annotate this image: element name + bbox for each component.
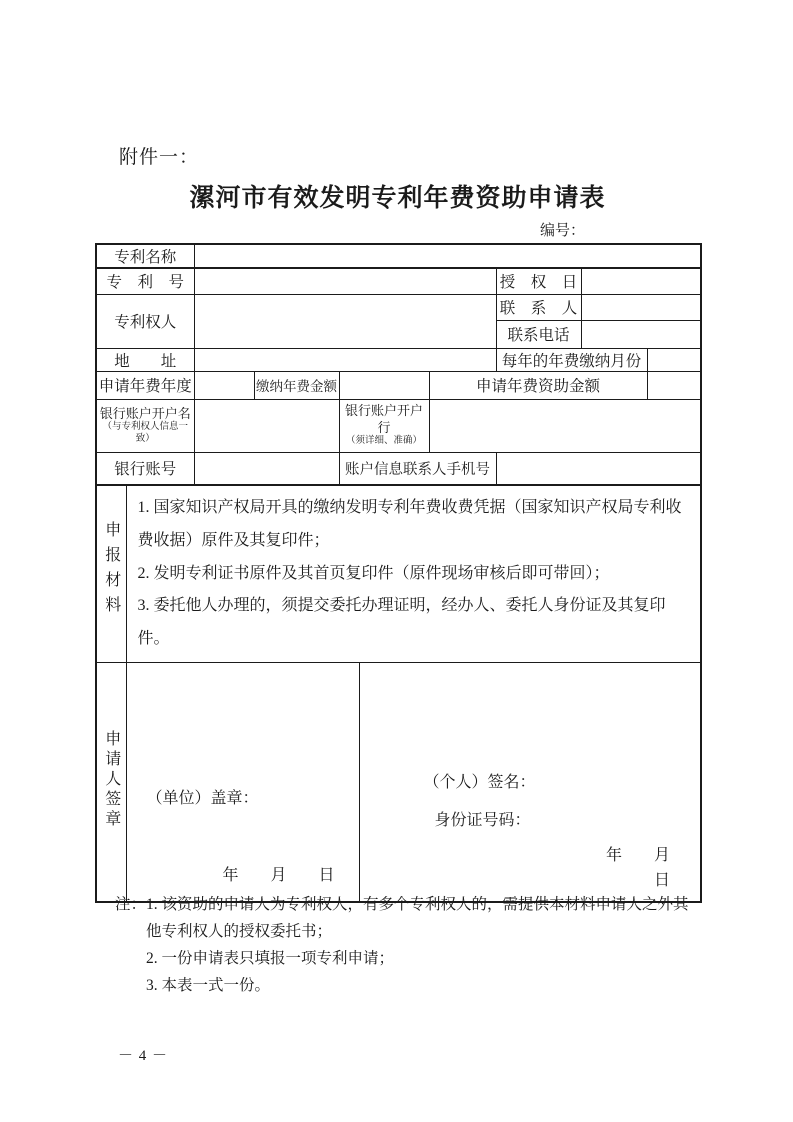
materials-content-cell: 1. 国家知识产权局开具的缴纳发明专利年费收费凭据（国家知识产权局专利收费收据）… <box>126 485 701 662</box>
materials-label: 申报材料 <box>100 521 123 621</box>
address-value-cell <box>194 348 496 371</box>
signature-label-cell: 申请人签章 <box>96 662 126 902</box>
bank-branch-main: 银行账户开户行 <box>340 403 429 436</box>
footnote-3: 3. 本表一式一份。 <box>146 972 699 999</box>
account-mobile-value-cell <box>496 452 701 485</box>
form-number-label: 编号： <box>540 219 585 240</box>
patent-name-label: 专利名称 <box>96 244 194 268</box>
personal-sign-date-d: 日 <box>654 867 670 890</box>
application-form-table: 专利名称 专 利 号 授 权 日 专利权人 联 系 人 联系电话 地 址 每年的… <box>95 243 702 903</box>
footnotes-list: 1. 该资助的申请人为专利权人，有多个专利权人的，需提供本材料申请人之外其他专利… <box>146 891 699 1000</box>
grant-date-label: 授 权 日 <box>496 268 581 294</box>
grant-date-value-cell <box>581 268 701 294</box>
materials-item-2: 2. 发明专利证书原件及其首页复印件（原件现场审核后即可带回）； <box>138 558 687 591</box>
document-page: 附件一： 漯河市有效发明专利年费资助申请表 编号： 专利名称 专 利 号 授 权… <box>0 0 793 1122</box>
bank-branch-value-cell <box>429 399 701 452</box>
form-title: 漯河市有效发明专利年费资助申请表 <box>95 178 700 214</box>
bank-account-name-note: （与专利权人信息一致） <box>97 422 194 446</box>
footnote-2: 2. 一份申请表只填报一项专利申请； <box>146 945 699 972</box>
row-patent-name: 专利名称 <box>96 244 701 268</box>
contact-person-label: 联 系 人 <box>496 294 581 320</box>
bank-branch-note: （须详细、准确） <box>340 436 429 448</box>
row-bank-account-name: 银行账户开户名 （与专利权人信息一致） 银行账户开户行 （须详细、准确） <box>96 399 701 452</box>
contact-phone-value-cell <box>581 320 701 348</box>
footnotes: 注： 1. 该资助的申请人为专利权人，有多个专利权人的，需提供本材料申请人之外其… <box>115 891 699 1000</box>
materials-item-1: 1. 国家知识产权局开具的缴纳发明专利年费收费凭据（国家知识产权局专利收费收据）… <box>138 492 687 558</box>
account-mobile-label: 账户信息联系人手机号 <box>339 452 496 485</box>
attachment-label: 附件一： <box>119 142 199 169</box>
id-number-label: 身份证号码： <box>435 807 531 830</box>
row-materials: 申报材料 1. 国家知识产权局开具的缴纳发明专利年费收费凭据（国家知识产权局专利… <box>96 485 701 662</box>
personal-sign-cell: （个人）签名： 身份证号码： 年 月 日 <box>359 662 701 902</box>
personal-sign-date-ym: 年 月 <box>606 842 670 865</box>
signature-label: 申请人签章 <box>100 730 123 830</box>
unit-seal-date: 年 月 日 <box>223 862 335 885</box>
contact-person-value-cell <box>581 294 701 320</box>
row-bank-account-no: 银行账号 账户信息联系人手机号 <box>96 452 701 485</box>
patent-no-value-cell <box>194 268 496 294</box>
personal-sign-label: （个人）签名： <box>424 769 536 792</box>
address-label: 地 址 <box>96 348 194 371</box>
fee-year-label: 申请年费年度 <box>96 371 194 399</box>
materials-label-cell: 申报材料 <box>96 485 126 662</box>
subsidy-amount-value-cell <box>647 371 701 399</box>
footnotes-prefix: 注： <box>115 891 146 918</box>
fee-year-value-cell <box>194 371 254 399</box>
bank-account-name-label: 银行账户开户名 （与专利权人信息一致） <box>96 399 194 452</box>
bank-account-no-value-cell <box>194 452 339 485</box>
patentee-value-cell <box>194 294 496 348</box>
unit-seal-cell: （单位）盖章： 年 月 日 <box>126 662 359 902</box>
row-signature: 申请人签章 （单位）盖章： 年 月 日 （个人）签名： 身份证号码： 年 月 日 <box>96 662 701 902</box>
footnote-1: 1. 该资助的申请人为专利权人，有多个专利权人的，需提供本材料申请人之外其他专利… <box>146 891 699 945</box>
row-patentee-1: 专利权人 联 系 人 <box>96 294 701 320</box>
page-number: － 4 － <box>118 1044 168 1065</box>
fee-paid-value-cell <box>339 371 429 399</box>
patentee-label: 专利权人 <box>96 294 194 348</box>
bank-account-no-label: 银行账号 <box>96 452 194 485</box>
annual-fee-month-value-cell <box>647 348 701 371</box>
subsidy-amount-label: 申请年费资助金额 <box>429 371 647 399</box>
patent-no-label: 专 利 号 <box>96 268 194 294</box>
row-fee-amounts: 申请年费年度 缴纳年费金额 申请年费资助金额 <box>96 371 701 399</box>
row-address: 地 址 每年的年费缴纳月份 <box>96 348 701 371</box>
bank-account-name-main: 银行账户开户名 <box>97 406 194 422</box>
fee-paid-label: 缴纳年费金额 <box>254 371 339 399</box>
bank-account-name-value-cell <box>194 399 339 452</box>
bank-branch-label: 银行账户开户行 （须详细、准确） <box>339 399 429 452</box>
annual-fee-month-label: 每年的年费缴纳月份 <box>496 348 647 371</box>
unit-seal-label: （单位）盖章： <box>147 785 259 808</box>
materials-item-3: 3. 委托他人办理的，须提交委托办理证明，经办人、委托人身份证及其复印件。 <box>138 590 687 656</box>
patent-name-value-cell <box>194 244 701 268</box>
contact-phone-label: 联系电话 <box>496 320 581 348</box>
row-patent-no: 专 利 号 授 权 日 <box>96 268 701 294</box>
